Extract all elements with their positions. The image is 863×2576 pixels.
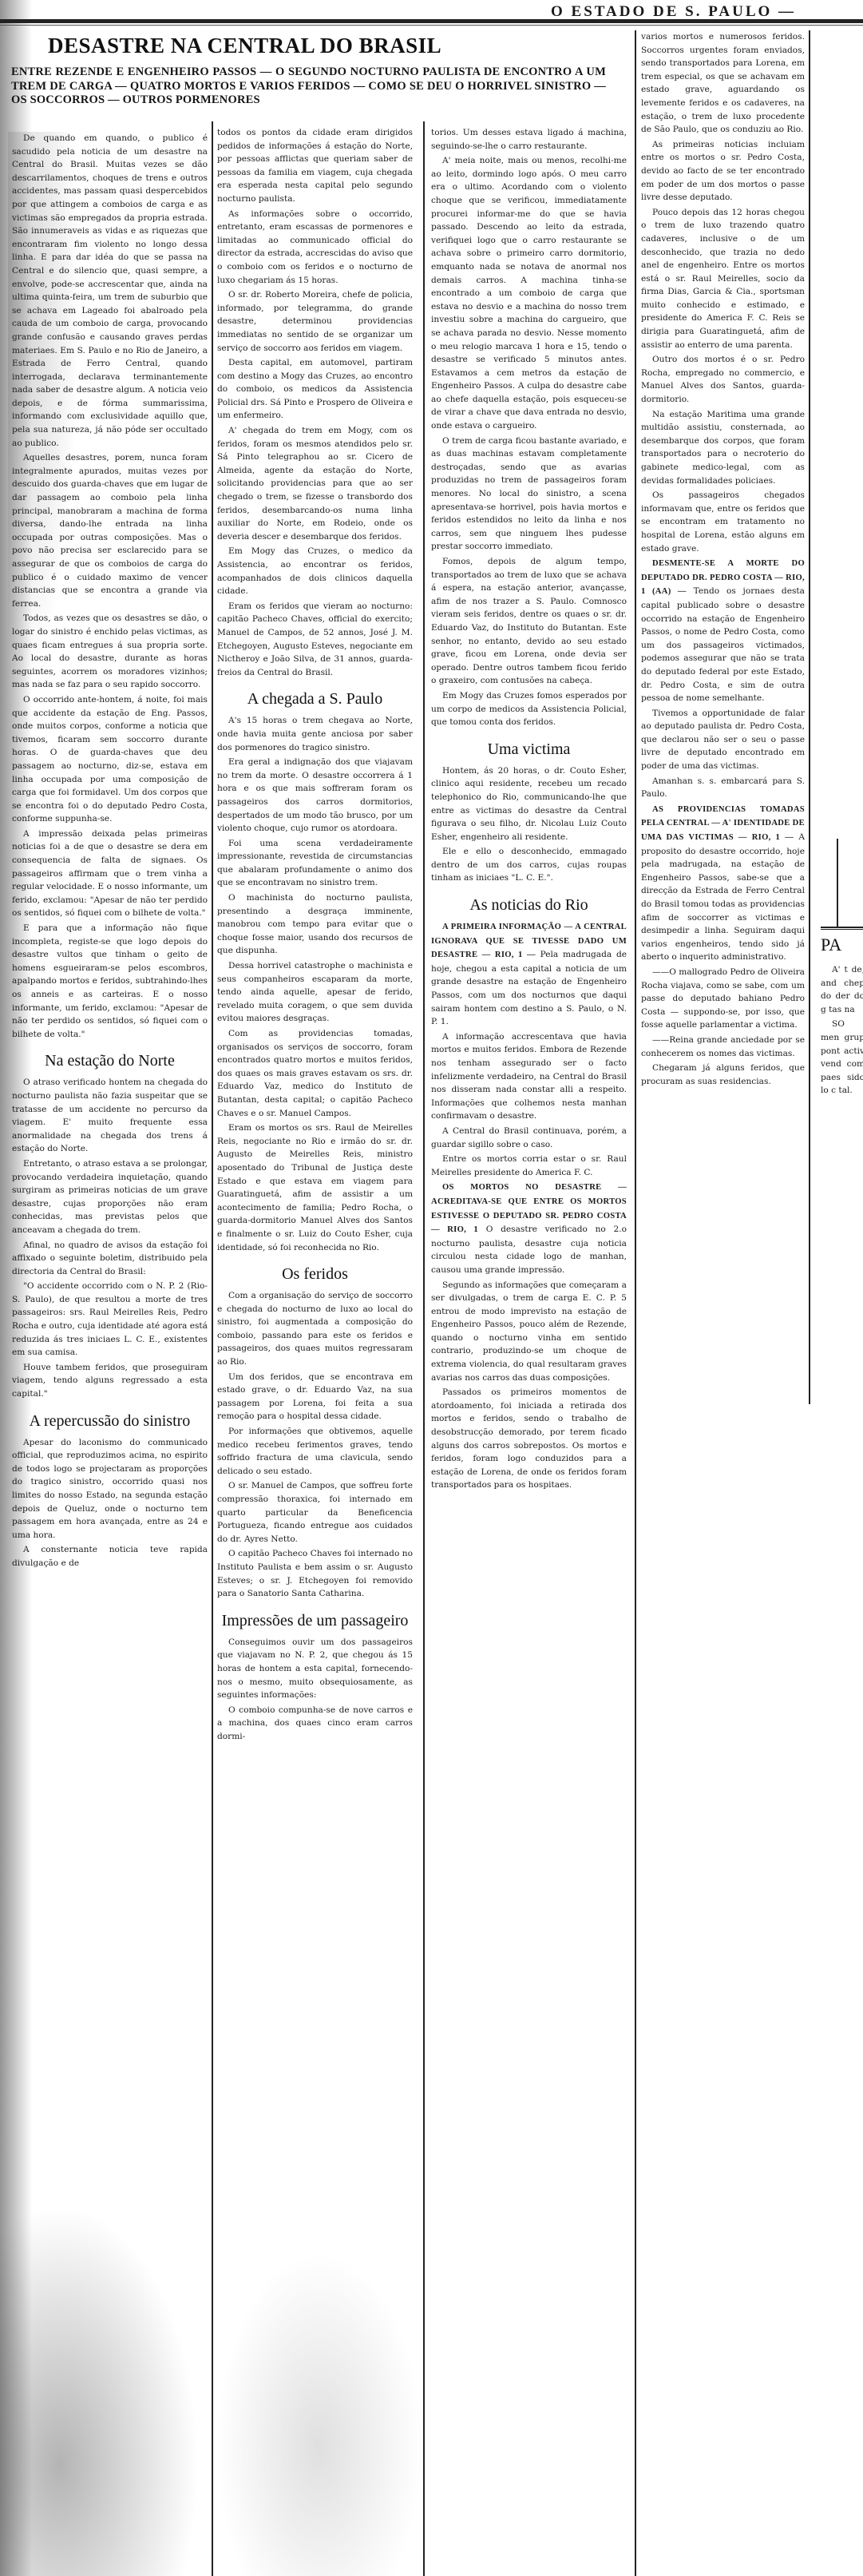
paragraph: Apesar do laconismo do communicado offic…: [12, 1436, 208, 1542]
paragraph: Entre os mortos corria estar o sr. Raul …: [431, 1153, 627, 1179]
paragraph: Por informações que obtivemos, aquelle m…: [217, 1425, 413, 1478]
paragraph: O capitão Pacheco Chaves foi internado n…: [217, 1547, 413, 1600]
lead-paragraph: AS PROVIDENCIAS TOMADAS PELA CENTRAL — A…: [641, 803, 805, 964]
paragraph: A' meia noite, mais ou menos, recolhi-me…: [431, 154, 627, 432]
paragraph: O sr. Manuel de Campos, que soffreu fort…: [217, 1479, 413, 1546]
column-rule: [212, 121, 213, 2576]
paragraph: As primeiras noticias incluiam entre os …: [641, 138, 805, 204]
paragraph: varios mortos e numerosos feridos. Socco…: [641, 30, 805, 137]
article-headline: DESASTRE NA CENTRAL DO BRASIL: [48, 34, 607, 58]
section-heading-impressoes: Impressões de um passageiro: [217, 1612, 413, 1629]
paragraph: Conseguimos ouvir um dos passageiros que…: [217, 1636, 413, 1702]
masthead: O ESTADO DE S. PAULO —: [0, 0, 863, 24]
paragraph: As informações sobre o occorrido, entret…: [217, 208, 413, 288]
paragraph: Todos, as vezes que os desastres se dão,…: [12, 612, 208, 692]
article-column-4: varios mortos e numerosos feridos. Socco…: [641, 30, 805, 1404]
paragraph: todos os pontos da cidade eram dirigidos…: [217, 126, 413, 206]
masthead-rule-thin: [0, 25, 863, 26]
paragraph: A consternante noticia teve rapida divul…: [12, 1543, 208, 1570]
paragraph: Foi uma scena verdadeiramente impression…: [217, 837, 413, 890]
paragraph: A informação accrescentava que havia mor…: [431, 1030, 627, 1123]
adjacent-article-fragment: PA A' t de, and chep do der do g tas na …: [821, 911, 863, 1246]
paragraph: Eram os feridos que vieram ao nocturno: …: [217, 600, 413, 680]
paragraph: Tivemos a opportunidade de falar ao depu…: [641, 707, 805, 773]
paragraph: Outro dos mortos é o sr. Pedro Rocha, em…: [641, 353, 805, 406]
paragraph: Eram os mortos os srs. Raul de Meirelles…: [217, 1121, 413, 1254]
paragraph: A' chegada do trem em Mogy, com os ferid…: [217, 424, 413, 543]
section-heading-estacao-norte: Na estação do Norte: [12, 1052, 208, 1070]
paragraph: A' t de, and chep do der do g tas na: [821, 963, 863, 1016]
dispatch-text: Pela madrugada de hoje, chegou a esta ca…: [431, 950, 627, 1026]
paragraph: ——Reina grande anciedade por se conhecer…: [641, 1034, 805, 1060]
paragraph: O atraso verificado hontem na chegada do…: [12, 1076, 208, 1156]
paragraph: O occorrido ante-hontem, á noite, foi ma…: [12, 693, 208, 826]
article-divider: [821, 927, 863, 930]
section-heading-chegada-sp: A chegada a S. Paulo: [217, 690, 413, 708]
paragraph: Em Mogy das Cruzes, o medico da Assisten…: [217, 545, 413, 597]
paragraph: Ele e ello o desconhecido, emmagado dent…: [431, 845, 627, 885]
section-heading-noticias-rio: As noticias do Rio: [431, 896, 627, 914]
paragraph: A Central do Brasil continuava, porém, a…: [431, 1125, 627, 1151]
article-column-3: torios. Um desses estava ligado á machin…: [431, 126, 627, 2570]
lead-paragraph: A PRIMEIRA INFORMAÇÃO — A CENTRAL IGNORA…: [431, 920, 627, 1029]
section-heading-victima: Uma victima: [431, 740, 627, 758]
column-rule: [635, 30, 636, 2576]
paragraph: Um dos feridos, que se encontrava em est…: [217, 1371, 413, 1423]
column-rule: [423, 121, 425, 2576]
lead-paragraph: OS MORTOS NO DESASTRE — ACREDITAVA-SE QU…: [431, 1181, 627, 1276]
article-subhead: ENTRE REZENDE E ENGENHEIRO PASSOS — O SE…: [11, 65, 606, 108]
dispatch-text: Tendo os jornaes desta capital publicado…: [641, 586, 805, 703]
paragraph: Entretanto, o atraso estava a se prolong…: [12, 1157, 208, 1237]
article-column-2: todos os pontos da cidade eram dirigidos…: [217, 126, 413, 2570]
paragraph: O trem de carga ficou bastante avariado,…: [431, 435, 627, 554]
paragraph: Fomos, depois de algum tempo, transporta…: [431, 555, 627, 688]
paragraph: E para que a informação não fique incomp…: [12, 922, 208, 1041]
article-column-1: De quando em quando, o publico é sacudid…: [12, 132, 208, 2576]
paragraph: Chegaram já alguns feridos, que procuram…: [641, 1062, 805, 1088]
paragraph: Era geral a indignação dos que viajavam …: [217, 756, 413, 836]
paragraph: Segundo as informações que começaram a s…: [431, 1279, 627, 1385]
paragraph: O sr. dr. Roberto Moreira, chefe de poli…: [217, 288, 413, 355]
paragraph: Hontem, ás 20 horas, o dr. Couto Esher, …: [431, 764, 627, 844]
section-heading-repercussao: A repercussão do sinistro: [12, 1412, 208, 1430]
paragraph: Amanhan s. s. embarcará para S. Paulo.: [641, 775, 805, 801]
paragraph: SO men grup pont activ vend com paes sid…: [821, 1018, 863, 1097]
paragraph: ——O mallogrado Pedro de Oliveira Rocha v…: [641, 966, 805, 1032]
paragraph: Afinal, no quadro de avisos da estação f…: [12, 1239, 208, 1279]
column-rule: [809, 30, 810, 1404]
paragraph: O machinista do nocturno paulista, prese…: [217, 891, 413, 958]
paragraph: Desta capital, em automovel, partiram co…: [217, 356, 413, 423]
paragraph: Houve tambem feridos, que proseguiram vi…: [12, 1361, 208, 1401]
adjacent-heading: PA: [821, 936, 863, 954]
paragraph: Com a organisação do serviço de soccorro…: [217, 1289, 413, 1369]
paragraph: torios. Um desses estava ligado á machin…: [431, 126, 627, 153]
paragraph: O comboio compunha-se de nove carros e a…: [217, 1704, 413, 1744]
paragraph: A's 15 horas o trem chegava ao Norte, on…: [217, 714, 413, 754]
paragraph: Dessa horrivel catastrophe o machinista …: [217, 959, 413, 1026]
paragraph: De quando em quando, o publico é sacudid…: [12, 132, 208, 450]
paragraph: Pouco depois das 12 horas chegou o trem …: [641, 206, 805, 352]
paragraph: "O accidente occorrido com o N. P. 2 (Ri…: [12, 1280, 208, 1359]
paragraph: A impressão deixada pelas primeiras noti…: [12, 828, 208, 920]
dispatch-text: A proposito do desastre occorrido, hoje …: [641, 832, 805, 962]
paragraph: Passados os primeiros momentos de atordo…: [431, 1386, 627, 1492]
paragraph: Em Mogy das Cruzes fomos esperados por u…: [431, 689, 627, 729]
paragraph: Os passageiros chegados informavam que, …: [641, 489, 805, 555]
newspaper-title: O ESTADO DE S. PAULO —: [551, 3, 796, 21]
section-heading-feridos: Os feridos: [217, 1265, 413, 1283]
dispatch-lead: AS PROVIDENCIAS TOMADAS PELA CENTRAL — A…: [641, 805, 805, 842]
masthead-rule: [0, 19, 863, 23]
paragraph: Com as providencias tomadas, organisados…: [217, 1027, 413, 1120]
paragraph: Aquelles desastres, porem, nunca foram i…: [12, 451, 208, 610]
paragraph: Na estação Maritima uma grande multidão …: [641, 408, 805, 488]
lead-paragraph: DESMENTE-SE A MORTE DO DEPUTADO DR. PEDR…: [641, 557, 805, 705]
